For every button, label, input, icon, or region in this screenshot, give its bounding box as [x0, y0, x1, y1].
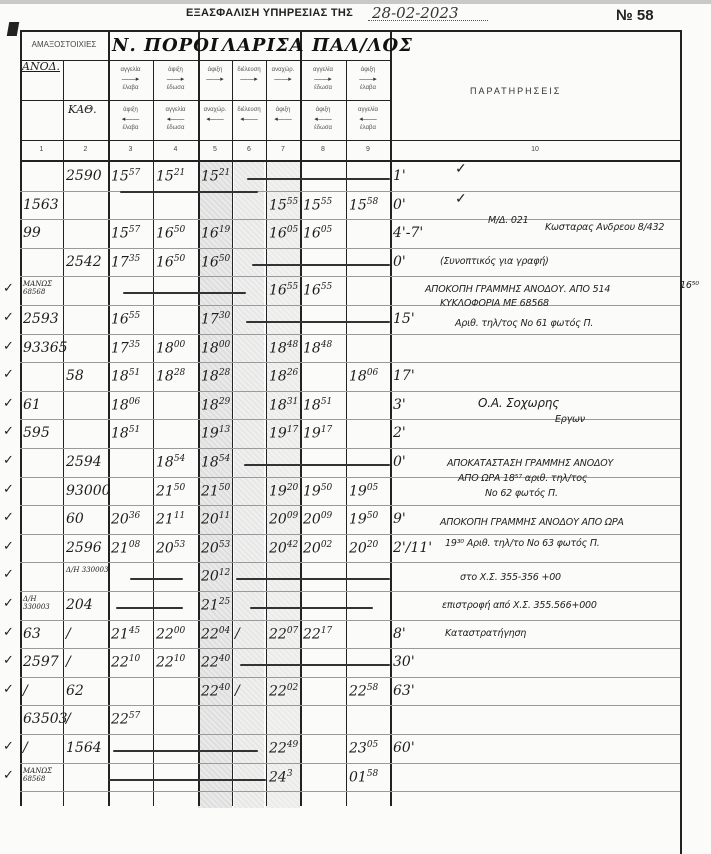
check-mark-icon: ✓	[3, 280, 14, 296]
log-cell-col-5: 2125	[201, 597, 230, 614]
log-cell-col-4: 1854	[156, 454, 185, 471]
sub-column-label-up: αγγελία——▸έλαβα	[108, 66, 153, 93]
remark-line: στο Χ.Σ. 355-356 +00	[460, 572, 561, 583]
log-cell-col-7: 1605	[269, 225, 298, 242]
log-cell-col-9: 2305	[349, 740, 378, 757]
log-cell-col-7: 1917	[269, 425, 298, 442]
corner-mark	[7, 22, 19, 36]
log-cell-col-10: 60'	[393, 740, 415, 756]
row-rule	[20, 791, 680, 792]
log-cell-col-10: 9'	[393, 511, 406, 527]
station-header-n-poroi: Ν. ΠΟΡΟΙ	[112, 35, 219, 56]
log-cell-col-6: /	[235, 626, 240, 642]
remark-line: Μ/Δ. 021	[488, 215, 528, 226]
log-cell-col-2: 58	[66, 368, 84, 384]
sub-column-label-down: αναχώρ.◂——	[198, 106, 232, 124]
sub-column-label-up: αγγελία——▸έδωσα	[300, 66, 346, 93]
log-cell-col-8: 2217	[303, 626, 332, 643]
header-divider	[20, 60, 390, 61]
row-rule	[20, 305, 680, 306]
log-cell-col-1: 61	[23, 397, 41, 413]
log-cell-col-8: 1655	[303, 282, 332, 299]
log-cell-col-8: 1555	[303, 197, 332, 214]
sub-column-label-up: διέλευση——▸	[232, 66, 266, 84]
column-number: 7	[266, 146, 300, 153]
row-rule	[20, 362, 680, 363]
row-rule	[20, 334, 680, 335]
column-number: 3	[108, 146, 153, 153]
row-rule	[20, 562, 680, 563]
check-mark-icon: ✓	[3, 338, 14, 354]
row-rule	[20, 763, 680, 764]
log-cell-col-10: 30'	[393, 654, 415, 670]
log-cell-col-2: 2594	[66, 454, 102, 470]
log-cell-col-5: 2053	[201, 540, 230, 557]
sheet-title: ΕΞΑΣΦΑΛΙΣΗ ΥΠΗΡΕΣΙΑΣ ΤΗΣ	[186, 7, 353, 19]
row-rule	[20, 591, 680, 592]
log-cell-col-5: 1650	[201, 254, 230, 271]
log-cell-col-8: 1917	[303, 425, 332, 442]
column-number: 2	[63, 146, 108, 153]
log-cell-col-5: 1829	[201, 397, 230, 414]
log-cell-col-10: 63'	[393, 683, 415, 699]
remark-line: Εργων	[555, 414, 585, 425]
row-rule	[20, 248, 680, 249]
remark-line: ΑΠΟ ΩΡΑ 18⁵⁷ αριθ. τηλ/τος	[458, 473, 587, 484]
check-mark-icon: ✓	[3, 738, 14, 754]
log-cell-col-7: 2249	[269, 740, 298, 757]
check-mark-icon: ✓	[455, 190, 467, 207]
log-cell-col-2: 204	[66, 597, 93, 613]
log-cell-col-1: 2593	[23, 311, 59, 327]
sub-column-label-up: άφιξη——▸έδωσα	[153, 66, 198, 93]
remark-line: ΑΠΟΚΟΠΗ ΓΡΑΜΜΗΣ ΑΝΟΔΟΥ. ΑΠΟ 514	[425, 284, 610, 295]
log-cell-col-2: 93000	[66, 483, 111, 499]
log-cell-col-5: 2240	[201, 683, 230, 700]
table-top-border	[20, 30, 680, 32]
log-cell-col-9: 2020	[349, 540, 378, 557]
strike-line	[250, 607, 373, 609]
row-rule	[20, 705, 680, 706]
direction-up-label: ΑΝΟΔ.	[22, 60, 60, 73]
log-cell-col-2: 2596	[66, 540, 102, 556]
log-cell-col-1: /	[23, 740, 28, 756]
log-cell-col-1: 63	[23, 626, 41, 642]
row-rule	[20, 505, 680, 506]
column-number: 1	[20, 146, 63, 153]
log-cell-col-5: 1828	[201, 368, 230, 385]
log-cell-col-4: 2111	[156, 511, 185, 528]
log-cell-col-1: 2597	[23, 654, 59, 670]
check-mark-icon: ✓	[3, 566, 14, 582]
log-cell-col-3: 2108	[111, 540, 140, 557]
log-cell-col-7: 2042	[269, 540, 298, 557]
log-cell-col-8: 1605	[303, 225, 332, 242]
log-cell-col-1: 63503	[23, 711, 68, 727]
log-cell-col-5: 2204	[201, 626, 230, 643]
log-cell-col-1: ΜΑΝΩΣ 68568	[23, 280, 64, 296]
remarks-header: ΠΑΡΑΤΗΡΗΣΕΙΣ	[470, 86, 561, 96]
log-cell-col-3: 1557	[111, 168, 140, 185]
row-rule	[20, 734, 680, 735]
column-number: 10	[390, 146, 680, 153]
strike-line	[116, 607, 183, 609]
log-cell-col-4: 2200	[156, 626, 185, 643]
check-mark-icon: ✓	[3, 452, 14, 468]
log-cell-col-9: 2258	[349, 683, 378, 700]
check-mark-icon: ✓	[3, 309, 14, 325]
row-rule	[20, 448, 680, 449]
log-cell-col-7: 2202	[269, 683, 298, 700]
log-cell-col-7: 2207	[269, 626, 298, 643]
column-number: 6	[232, 146, 266, 153]
remark-line: ΑΠΟΚΑΤΑΣΤΑΣΗ ΓΡΑΜΜΗΣ ΑΝΟΔΟΥ	[447, 458, 613, 469]
station-header-palaiofarsalos: ΠΑΛ/ΛΟΣ	[312, 35, 413, 56]
log-cell-col-2: 1564	[66, 740, 102, 756]
log-cell-col-3: 1806	[111, 397, 140, 414]
log-cell-col-4: 1800	[156, 340, 185, 357]
log-cell-col-3: 1851	[111, 368, 140, 385]
log-cell-col-8: 1950	[303, 483, 332, 500]
log-cell-col-4: 1650	[156, 225, 185, 242]
log-cell-col-9: 0158	[349, 769, 378, 786]
remark-line: 19³⁰ Αριθ. τηλ/το Νο 63 φωτός Π.	[445, 538, 600, 549]
remark-line: Αριθ. τηλ/τος Νο 61 φωτός Π.	[455, 318, 593, 329]
log-cell-col-10: 3'	[393, 397, 406, 413]
log-cell-col-9: 1806	[349, 368, 378, 385]
log-cell-col-10: 4'-7'	[393, 225, 423, 241]
remark-line: 16⁵⁰	[680, 280, 699, 291]
log-cell-col-4: 2150	[156, 483, 185, 500]
log-cell-col-7: 1826	[269, 368, 298, 385]
log-cell-col-2: 2590	[66, 168, 102, 184]
log-cell-col-5: 2011	[201, 511, 230, 528]
row-rule	[20, 391, 680, 392]
check-mark-icon: ✓	[3, 509, 14, 525]
log-cell-col-1: /	[23, 683, 28, 699]
log-cell-col-3: 1851	[111, 425, 140, 442]
row-rule	[20, 276, 680, 277]
log-cell-col-7: 1920	[269, 483, 298, 500]
log-cell-col-7: 1555	[269, 197, 298, 214]
log-cell-col-10: 2'/11'	[393, 540, 432, 556]
row-rule	[20, 620, 680, 621]
column-divider	[346, 60, 347, 806]
trains-header: ΑΜΑΞΟΣΤΟΙΧΙΕΣ	[24, 40, 104, 49]
column-divider	[266, 60, 267, 806]
log-cell-col-7: 243	[269, 769, 293, 786]
log-cell-col-2: 62	[66, 683, 84, 699]
direction-down-label: ΚΑΘ.	[68, 103, 97, 116]
log-cell-col-5: 1521	[201, 168, 230, 185]
log-cell-col-4: 2210	[156, 654, 185, 671]
header-divider	[20, 140, 680, 141]
log-cell-col-3: 1735	[111, 254, 140, 271]
sub-column-label-down: αγγελία◂——έλαβα	[346, 106, 390, 133]
log-cell-col-10: 17'	[393, 368, 415, 384]
strike-line	[244, 464, 390, 466]
column-divider	[153, 60, 154, 806]
log-cell-col-5: 2012	[201, 568, 230, 585]
sub-column-label-down: άφιξη◂——	[266, 106, 300, 124]
log-cell-col-10: 8'	[393, 626, 406, 642]
sub-column-label-down: άφιξη◂——έδωσα	[300, 106, 346, 133]
row-rule	[20, 677, 680, 678]
check-mark-icon: ✓	[3, 395, 14, 411]
check-mark-icon: ✓	[3, 366, 14, 382]
check-mark-icon: ✓	[3, 481, 14, 497]
log-cell-col-3: 2210	[111, 654, 140, 671]
log-cell-col-8: 1848	[303, 340, 332, 357]
check-mark-icon: ✓	[455, 160, 467, 177]
remark-line: Καταστρατήγηση	[445, 628, 526, 639]
log-cell-col-4: 1650	[156, 254, 185, 271]
log-cell-col-5: 1800	[201, 340, 230, 357]
remark-line: ΑΠΟΚΟΠΗ ΓΡΑΜΜΗΣ ΑΝΟΔΟΥ ΑΠΟ ΩΡΑ	[440, 517, 624, 528]
column-divider	[680, 30, 682, 854]
log-cell-col-4: 1828	[156, 368, 185, 385]
sub-column-label-down: άφιξη◂——έλαβα	[108, 106, 153, 133]
log-cell-col-9: 1950	[349, 511, 378, 528]
strike-line	[240, 664, 390, 666]
log-cell-col-5: 1730	[201, 311, 230, 328]
sub-column-label-down: διέλευση◂——	[232, 106, 266, 124]
log-cell-col-4: 2053	[156, 540, 185, 557]
sub-column-label-up: αναχώρ.——▸	[266, 66, 300, 84]
log-cell-col-10: 0'	[393, 197, 406, 213]
sheet-number: № 58	[616, 7, 654, 24]
sheet-date: 28-02-2023	[372, 4, 458, 22]
log-cell-col-10: 0'	[393, 454, 406, 470]
log-cell-col-1: ΜΑΝΩΣ 68568	[23, 767, 64, 783]
column-divider	[63, 60, 64, 806]
row-rule	[20, 219, 680, 220]
log-cell-col-2: 60	[66, 511, 84, 527]
log-cell-col-1: 1563	[23, 197, 59, 213]
log-cell-col-7: 1848	[269, 340, 298, 357]
log-cell-col-7: 1655	[269, 282, 298, 299]
header-bottom-border	[20, 160, 680, 162]
log-cell-col-1: 99	[23, 225, 41, 241]
log-cell-col-3: 1655	[111, 311, 140, 328]
log-cell-col-8: 2009	[303, 511, 332, 528]
strike-line	[246, 321, 390, 323]
strike-line	[130, 578, 183, 580]
log-cell-col-2: Δ/Η 330003	[66, 566, 109, 574]
log-cell-col-10: 2'	[393, 425, 406, 441]
log-cell-col-10: 1'	[393, 168, 406, 184]
check-mark-icon: ✓	[3, 767, 14, 783]
column-number: 8	[300, 146, 346, 153]
column-divider	[232, 60, 233, 806]
remark-line: Κωσταρας Ανδρεου 8/432	[545, 222, 664, 233]
sub-column-label-up: άφιξη——▸	[198, 66, 232, 84]
column-number: 4	[153, 146, 198, 153]
log-cell-col-3: 2257	[111, 711, 140, 728]
log-cell-col-5: 1913	[201, 425, 230, 442]
check-mark-icon: ✓	[3, 681, 14, 697]
log-cell-col-5: 2240	[201, 654, 230, 671]
station-header-larisa: ΛΑΡΙΣΑ	[222, 35, 305, 56]
log-cell-col-2: /	[66, 654, 71, 670]
remark-line: (Συνοπτικός για γραφή)	[440, 256, 549, 267]
sub-column-label-down: αγγελία◂——έδωσα	[153, 106, 198, 133]
sub-column-label-up: άφιξη——▸έλαβα	[346, 66, 390, 93]
strike-line	[236, 578, 390, 580]
strike-line	[252, 264, 390, 266]
log-cell-col-3: 2036	[111, 511, 140, 528]
log-cell-col-3: 2145	[111, 626, 140, 643]
log-cell-col-10: 15'	[393, 311, 415, 327]
log-cell-col-3: 1735	[111, 340, 140, 357]
log-cell-col-1: 93365	[23, 340, 68, 356]
check-mark-icon: ✓	[3, 538, 14, 554]
log-cell-col-9: 1905	[349, 483, 378, 500]
log-cell-col-10: 0'	[393, 254, 406, 270]
log-cell-col-1: Δ/Η 330003	[23, 595, 64, 611]
strike-line	[123, 292, 246, 294]
log-cell-col-7: 2009	[269, 511, 298, 528]
strike-line	[113, 750, 258, 752]
column-number: 5	[198, 146, 232, 153]
remark-line: ΚΥΚΛΟΦΟΡΙΑ ΜΕ 68568	[440, 298, 549, 309]
log-cell-col-3: 1557	[111, 225, 140, 242]
strike-line	[120, 191, 258, 193]
log-cell-col-6: /	[235, 683, 240, 699]
row-rule	[20, 534, 680, 535]
log-cell-col-8: 1851	[303, 397, 332, 414]
log-cell-col-2: 2542	[66, 254, 102, 270]
train-log-sheet: ΕΞΑΣΦΑΛΙΣΗ ΥΠΗΡΕΣΙΑΣ ΤΗΣ 28-02-2023 № 58…	[0, 0, 711, 854]
remark-line: Ο.Α. Σοχωρης	[478, 396, 559, 410]
strike-line	[247, 178, 390, 180]
strike-line	[108, 779, 266, 781]
shaded-column	[234, 162, 264, 808]
column-number: 9	[346, 146, 390, 153]
log-cell-col-1: 595	[23, 425, 50, 441]
log-cell-col-8: 2002	[303, 540, 332, 557]
check-mark-icon: ✓	[3, 595, 14, 611]
check-mark-icon: ✓	[3, 624, 14, 640]
scan-top-edge	[0, 0, 711, 4]
log-cell-col-5: 1854	[201, 454, 230, 471]
remark-line: Νο 62 φωτός Π.	[485, 488, 558, 499]
row-rule	[20, 648, 680, 649]
log-cell-col-2: /	[66, 626, 71, 642]
remark-line: επιστροφή από Χ.Σ. 355.566+000	[442, 600, 597, 611]
check-mark-icon: ✓	[3, 423, 14, 439]
log-cell-col-5: 2150	[201, 483, 230, 500]
row-rule	[20, 191, 680, 192]
check-mark-icon: ✓	[3, 652, 14, 668]
log-cell-col-9: 1558	[349, 197, 378, 214]
log-cell-col-5: 1619	[201, 225, 230, 242]
log-cell-col-4: 1521	[156, 168, 185, 185]
header-divider	[20, 100, 390, 101]
log-cell-col-7: 1831	[269, 397, 298, 414]
log-cell-col-2: /	[66, 711, 71, 727]
